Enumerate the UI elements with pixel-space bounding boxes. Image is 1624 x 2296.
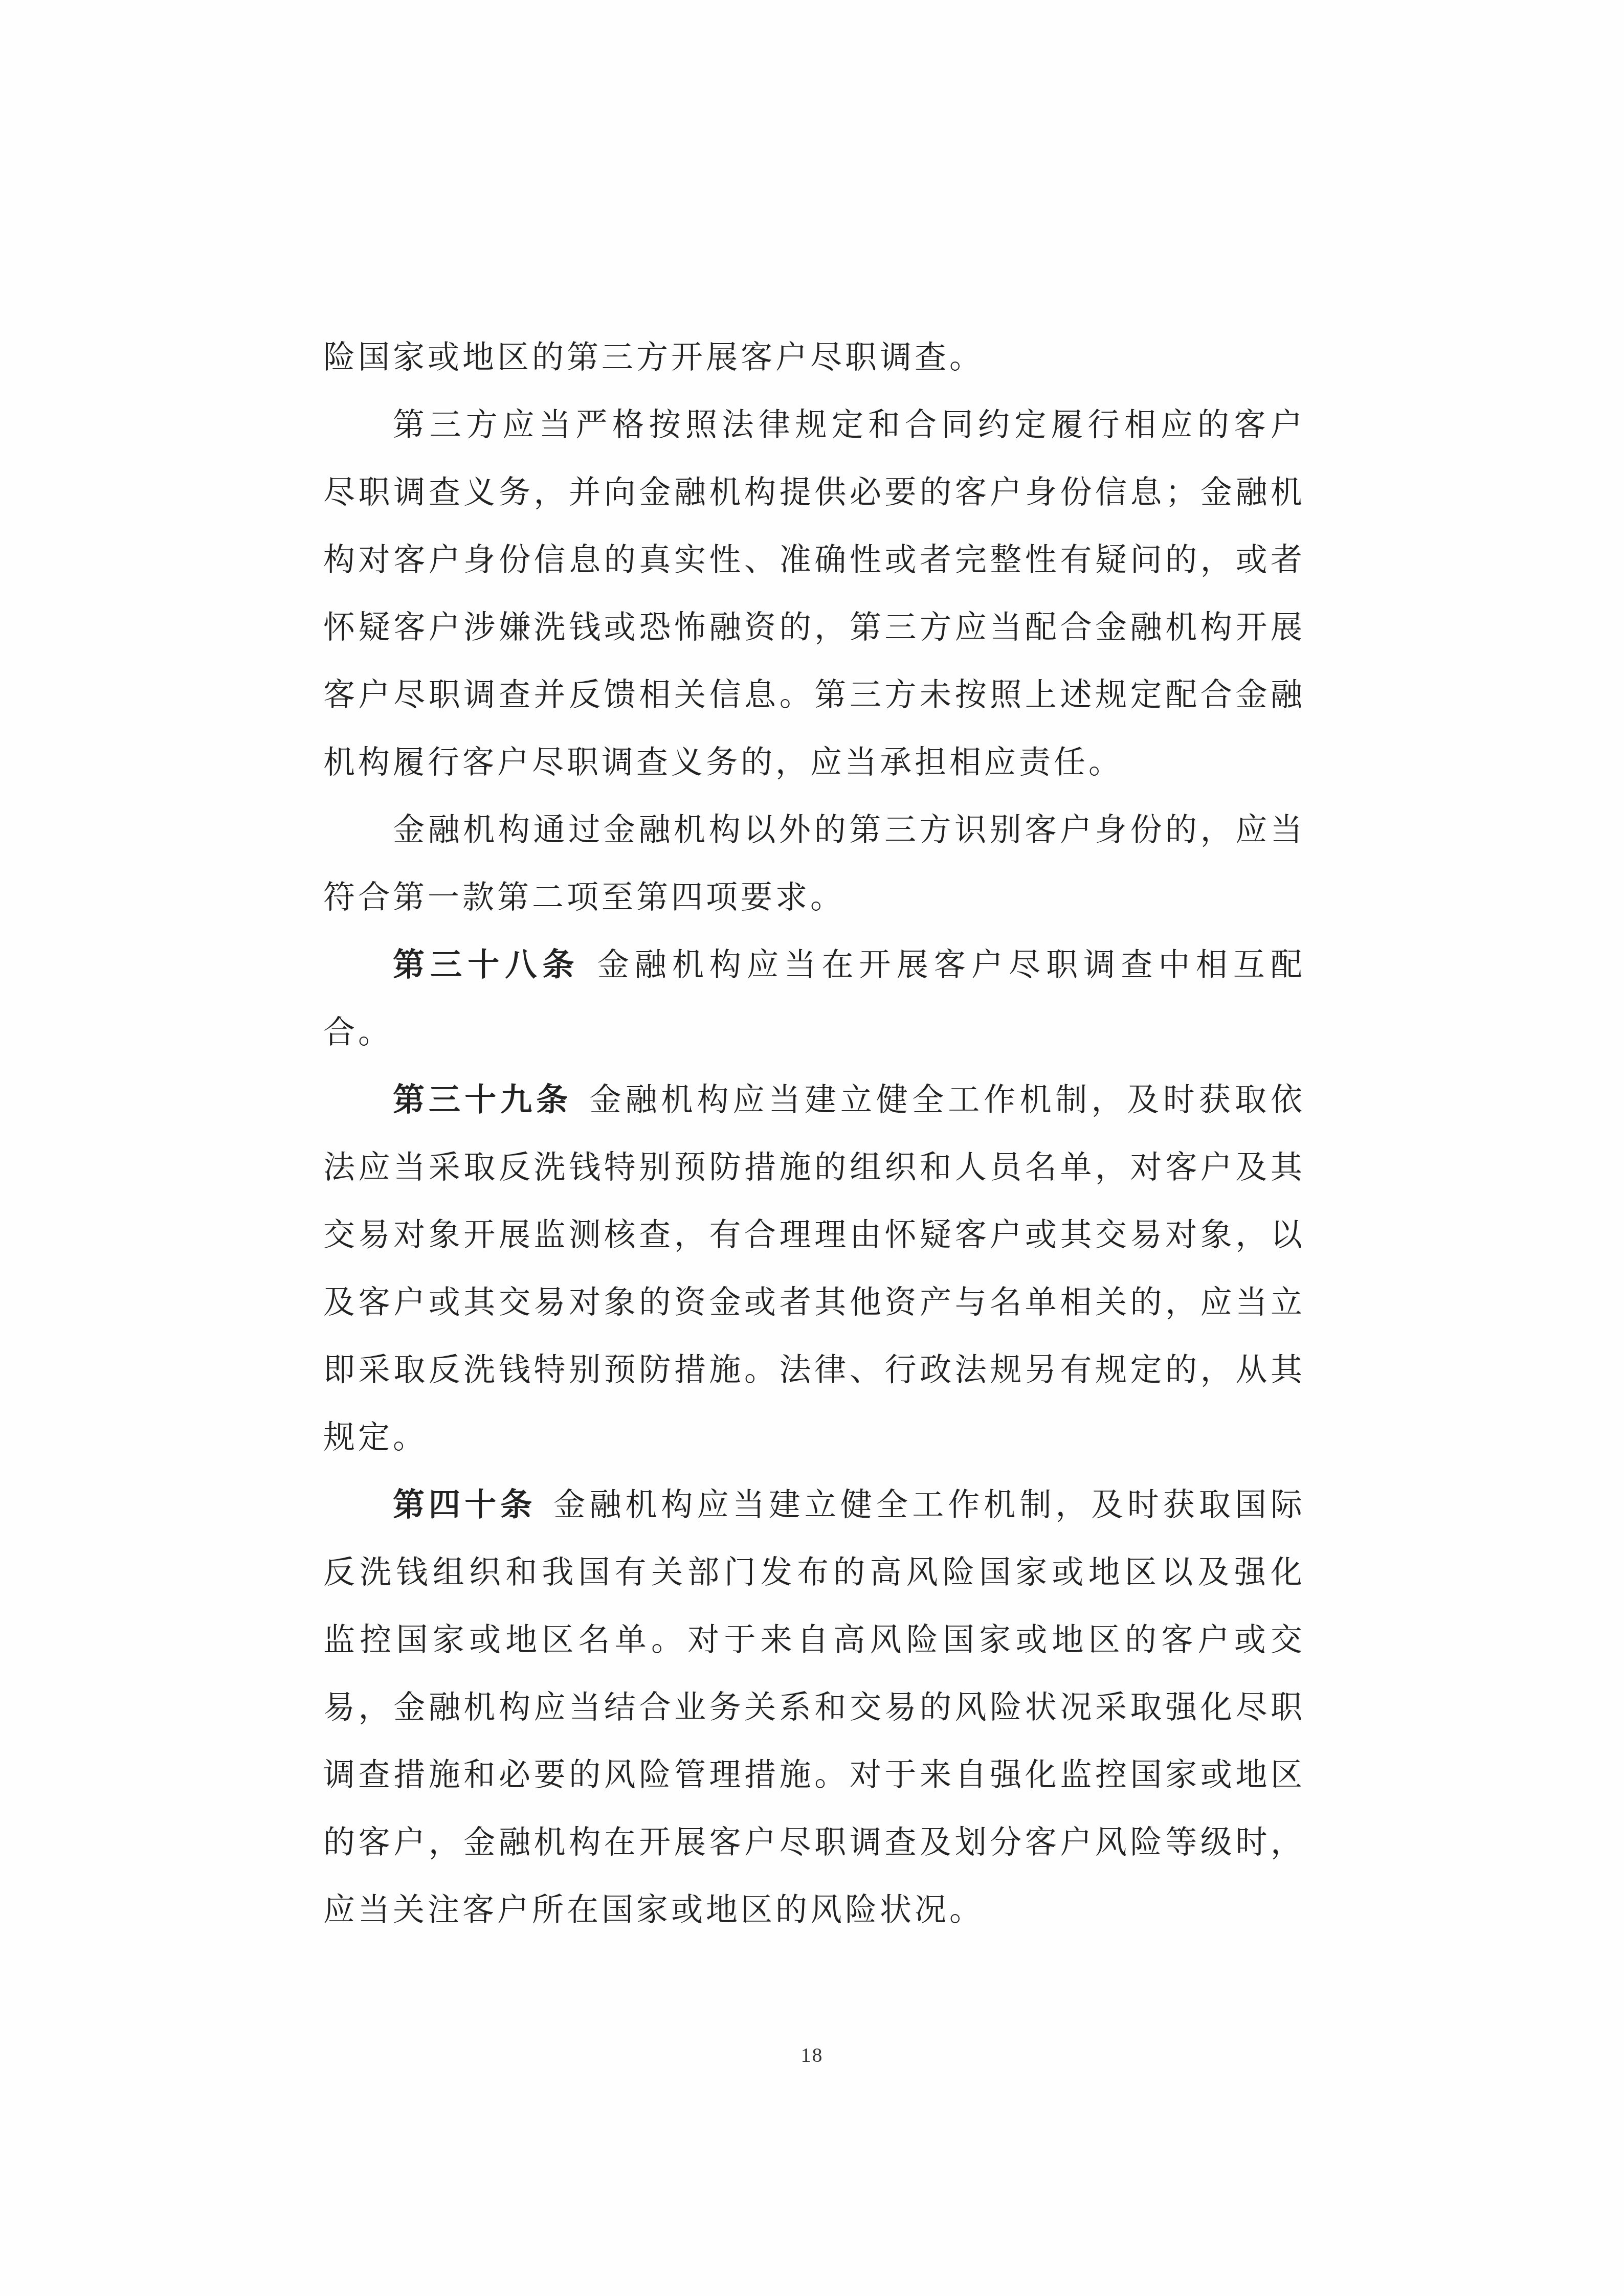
text-line: 调查措施和必要的风险管理措施。对于来自强化监控国家或地区 bbox=[323, 1742, 1305, 1809]
article-text: 金融机构应当建立健全工作机制，及时获取国际 bbox=[553, 1488, 1305, 1523]
text-line: 险国家或地区的第三方开展客户尽职调查。 bbox=[323, 324, 1305, 392]
article-text: 金融机构应当在开展客户尽职调查中相互配 bbox=[597, 948, 1305, 983]
text-line: 即采取反洗钱特别预防措施。法律、行政法规另有规定的，从其 bbox=[323, 1337, 1305, 1404]
text-line: 反洗钱组织和我国有关部门发布的高风险国家或地区以及强化 bbox=[323, 1539, 1305, 1607]
text-line: 合。 bbox=[323, 999, 1305, 1067]
text-line: 构对客户身份信息的真实性、准确性或者完整性有疑问的，或者 bbox=[323, 527, 1305, 594]
article-number: 第四十条 bbox=[393, 1488, 536, 1523]
line-text: 交易对象开展监测核查，有合理理由怀疑客户或其交易对象，以 bbox=[323, 1218, 1305, 1253]
article-line: 第四十条金融机构应当建立健全工作机制，及时获取国际 bbox=[323, 1472, 1305, 1539]
text-line: 交易对象开展监测核查，有合理理由怀疑客户或其交易对象，以 bbox=[323, 1202, 1305, 1269]
line-text: 法应当采取反洗钱特别预防措施的组织和人员名单，对客户及其 bbox=[323, 1151, 1305, 1185]
line-text: 及客户或其交易对象的资金或者其他资产与名单相关的，应当立 bbox=[323, 1286, 1305, 1320]
line-text: 机构履行客户尽职调查义务的，应当承担相应责任。 bbox=[323, 746, 1123, 780]
text-line: 机构履行客户尽职调查义务的，应当承担相应责任。 bbox=[323, 729, 1305, 797]
line-text: 符合第一款第二项至第四项要求。 bbox=[323, 881, 845, 915]
text-line: 法应当采取反洗钱特别预防措施的组织和人员名单，对客户及其 bbox=[323, 1134, 1305, 1202]
line-text: 易，金融机构应当结合业务关系和交易的风险状况采取强化尽职 bbox=[323, 1691, 1305, 1725]
article-number: 第三十九条 bbox=[393, 1083, 572, 1118]
line-text: 险国家或地区的第三方开展客户尽职调查。 bbox=[323, 341, 984, 375]
document-page: 险国家或地区的第三方开展客户尽职调查。第三方应当严格按照法律规定和合同约定履行相… bbox=[0, 0, 1624, 2296]
text-line: 易，金融机构应当结合业务关系和交易的风险状况采取强化尽职 bbox=[323, 1674, 1305, 1742]
line-text: 的客户，金融机构在开展客户尽职调查及划分客户风险等级时， bbox=[323, 1826, 1305, 1860]
article-number: 第三十八条 bbox=[393, 948, 580, 983]
text-line: 及客户或其交易对象的资金或者其他资产与名单相关的，应当立 bbox=[323, 1269, 1305, 1337]
page-number: 18 bbox=[0, 2043, 1624, 2067]
text-line: 符合第一款第二项至第四项要求。 bbox=[323, 864, 1305, 932]
line-text: 金融机构通过金融机构以外的第三方识别客户身份的，应当 bbox=[393, 813, 1305, 848]
line-text: 规定。 bbox=[323, 1421, 428, 1455]
article-line: 第三十九条金融机构应当建立健全工作机制，及时获取依 bbox=[323, 1067, 1305, 1134]
text-line: 尽职调查义务，并向金融机构提供必要的客户身份信息；金融机 bbox=[323, 459, 1305, 527]
text-line: 金融机构通过金融机构以外的第三方识别客户身份的，应当 bbox=[323, 797, 1305, 864]
line-text: 构对客户身份信息的真实性、准确性或者完整性有疑问的，或者 bbox=[323, 543, 1305, 578]
line-text: 怀疑客户涉嫌洗钱或恐怖融资的，第三方应当配合金融机构开展 bbox=[323, 611, 1305, 645]
document-body: 险国家或地区的第三方开展客户尽职调查。第三方应当严格按照法律规定和合同约定履行相… bbox=[323, 324, 1305, 1944]
line-text: 调查措施和必要的风险管理措施。对于来自强化监控国家或地区 bbox=[323, 1758, 1305, 1793]
text-line: 应当关注客户所在国家或地区的风险状况。 bbox=[323, 1877, 1305, 1944]
article-line: 第三十八条金融机构应当在开展客户尽职调查中相互配 bbox=[323, 932, 1305, 999]
line-text: 第三方应当严格按照法律规定和合同约定履行相应的客户 bbox=[393, 408, 1305, 443]
text-line: 规定。 bbox=[323, 1404, 1305, 1472]
text-line: 的客户，金融机构在开展客户尽职调查及划分客户风险等级时， bbox=[323, 1809, 1305, 1877]
line-text: 应当关注客户所在国家或地区的风险状况。 bbox=[323, 1893, 984, 1928]
text-line: 怀疑客户涉嫌洗钱或恐怖融资的，第三方应当配合金融机构开展 bbox=[323, 594, 1305, 662]
text-line: 第三方应当严格按照法律规定和合同约定履行相应的客户 bbox=[323, 392, 1305, 459]
line-text: 反洗钱组织和我国有关部门发布的高风险国家或地区以及强化 bbox=[323, 1556, 1305, 1590]
line-text: 合。 bbox=[323, 1016, 393, 1050]
text-line: 监控国家或地区名单。对于来自高风险国家或地区的客户或交 bbox=[323, 1607, 1305, 1674]
article-text: 金融机构应当建立健全工作机制，及时获取依 bbox=[589, 1083, 1305, 1118]
line-text: 客户尽职调查并反馈相关信息。第三方未按照上述规定配合金融 bbox=[323, 678, 1305, 713]
text-line: 客户尽职调查并反馈相关信息。第三方未按照上述规定配合金融 bbox=[323, 662, 1305, 729]
line-text: 监控国家或地区名单。对于来自高风险国家或地区的客户或交 bbox=[323, 1623, 1305, 1658]
line-text: 即采取反洗钱特别预防措施。法律、行政法规另有规定的，从其 bbox=[323, 1353, 1305, 1388]
line-text: 尽职调查义务，并向金融机构提供必要的客户身份信息；金融机 bbox=[323, 476, 1305, 510]
